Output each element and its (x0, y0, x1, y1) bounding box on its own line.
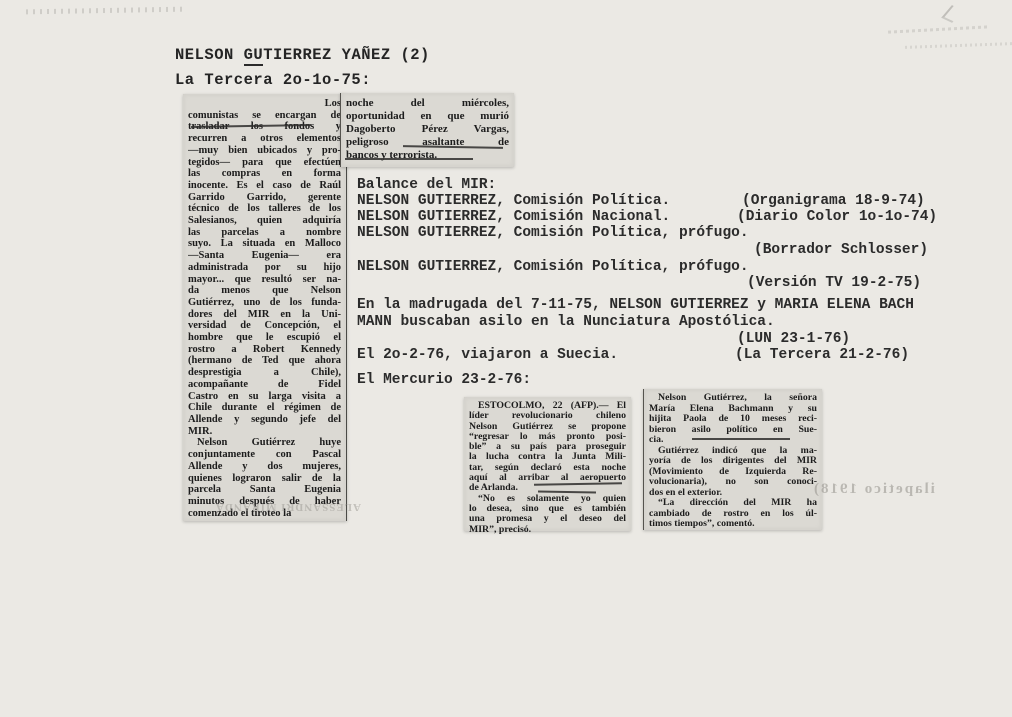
clipping-line: María Elena Bachmann y su (649, 404, 817, 415)
newspaper-clipping-asylum: Nelson Gutiérrez, la señoraMaría Elena B… (643, 389, 822, 530)
clipping-line: Dagoberto Pérez Vargas, (346, 123, 509, 136)
title-part: TIERREZ YAÑEZ (2) (263, 46, 430, 64)
underline-annotation (345, 158, 473, 160)
title-part: NELSON (175, 46, 244, 64)
clipping-line: “La dirección del MIR ha (649, 498, 817, 509)
clipping-line: líder revolucionario chileno (469, 411, 626, 421)
handwritten-mark (941, 5, 963, 23)
newspaper-clipping-top: noche del miércoles,oportunidad en que m… (340, 93, 514, 167)
clipping-line: suyo. La situada en Malloco (188, 238, 341, 250)
document-title: NELSON GUTIERREZ YAÑEZ (2) (175, 46, 430, 64)
clipping-line: tegidos— para que efectúen (188, 157, 341, 169)
clipping-line: —Santa Eugenia— era (188, 250, 341, 262)
source-heading: El Mercurio 23-2-76: (357, 372, 531, 388)
clipping-line: Castro en su larga visita a (188, 391, 341, 403)
note-line: El 2o-2-76, viajaron a Suecia. (357, 347, 618, 363)
clipping-line: Los (188, 98, 341, 110)
scan-noise (905, 42, 1012, 49)
clipping-line: versidad de Concepción, el (188, 320, 341, 332)
clipping-line: “regresar lo más pronto posi- (469, 432, 626, 442)
clipping-line: las parcelas a nombre (188, 227, 341, 239)
clipping-line: Chile durante el régimen de (188, 402, 341, 414)
clipping-line: las compras en forma (188, 168, 341, 180)
clipping-line: administrada por su hijo (188, 262, 341, 274)
clipping-line: mayor... que resultó ser na- (188, 274, 341, 286)
bleedthrough-text: ALESSANDRI MIRANDA (186, 501, 361, 513)
clipping-text: Nelson Gutiérrez, la señoraMaría Elena B… (649, 393, 817, 530)
clipping-line: “No es solamente yo quien (469, 494, 626, 504)
clipping-line: una promesa y el deseo del (469, 514, 626, 524)
clipping-line: dores del MIR en la Uni- (188, 309, 341, 321)
clipping-line: lo desea, sino que es también (469, 504, 626, 514)
clipping-line: rostro a Robert Kennedy (188, 344, 341, 356)
clipping-line: parcela Santa Eugenia (188, 484, 341, 496)
clipping-line: cambiado de rostro en los úl- (649, 509, 817, 520)
clipping-line: acompañante de Fidel (188, 379, 341, 391)
source-citation: (Diario Color 1o-1o-74) (737, 209, 937, 225)
clipping-line: MIR. (188, 426, 341, 438)
clipping-line: Nelson Gutiérrez, la señora (649, 393, 817, 404)
balance-entry: NELSON GUTIERREZ, Comisión Nacional. (357, 209, 670, 225)
clipping-line: da menos que Nelson (188, 285, 341, 297)
clipping-line: tar, según declaró esta noche (469, 463, 626, 473)
clipping-line: hijita Paola de 10 meses reci- (649, 414, 817, 425)
clipping-line: (hermano de Ted que ahora (188, 355, 341, 367)
clipping-line: Gutiérrez, uno de los funda- (188, 297, 341, 309)
clipping-line: conjuntamente con Pascal (188, 449, 341, 461)
balance-heading: Balance del MIR: (357, 177, 496, 193)
clipping-line: recurren a otros elementos (188, 133, 341, 145)
source-citation: (Borrador Schlosser) (754, 242, 928, 258)
clipping-line: hombre que le escupió el (188, 332, 341, 344)
clipping-line: comunistas se encargan de (188, 110, 341, 122)
source-citation: (Versión TV 19-2-75) (747, 275, 921, 291)
newspaper-clipping-stockholm: ESTOCOLMO, 22 (AFP).— Ellíder revolucion… (464, 397, 631, 531)
clipping-line: técnico de los talleres de los (188, 203, 341, 215)
balance-entry: NELSON GUTIERREZ, Comisión Política, pró… (357, 225, 749, 241)
clipping-line: Allende y dos mujeres, (188, 461, 341, 473)
balance-entry: NELSON GUTIERREZ, Comisión Política. (357, 193, 670, 209)
title-underlined-part: GU (244, 46, 264, 66)
clipping-line: (Movimiento de Izquierda Re- (649, 467, 817, 478)
clipping-line: MIR”, precisó. (469, 525, 626, 535)
clipping-text: ESTOCOLMO, 22 (AFP).— Ellíder revolucion… (469, 401, 626, 535)
newspaper-clipping-left: Loscomunistas se encargan detrasladar lo… (183, 94, 347, 521)
clipping-line: la lucha contra la Junta Mili- (469, 452, 626, 462)
scan-noise (888, 25, 988, 33)
balance-entry: NELSON GUTIERREZ, Comisión Política, pró… (357, 259, 749, 275)
scan-noise (26, 7, 186, 15)
source-heading: La Tercera 2o-1o-75: (175, 71, 371, 89)
scanned-document-page: NELSON GUTIERREZ YAÑEZ (2) La Tercera 2o… (0, 0, 1012, 717)
clipping-text: noche del miércoles,oportunidad en que m… (346, 97, 509, 162)
note-line: En la madrugada del 7-11-75, NELSON GUTI… (357, 297, 914, 313)
clipping-line: ble” a su país para proseguir (469, 442, 626, 452)
clipping-line: volucionaria), no son conoci- (649, 477, 817, 488)
clipping-line: timos tiempos”, comentó. (649, 519, 817, 530)
underline-annotation (692, 438, 790, 440)
clipping-line: bieron asilo político en Sue- (649, 425, 817, 436)
clipping-line: Garrido Garrido, gerente (188, 192, 341, 204)
source-citation: (Organigrama 18-9-74) (742, 193, 925, 209)
clipping-line: desprestigia a Chile), (188, 367, 341, 379)
clipping-line: inocente. Es el caso de Raúl (188, 180, 341, 192)
clipping-line: —muy bien ubicados y pro- (188, 145, 341, 157)
source-citation: (La Tercera 21-2-76) (735, 347, 909, 363)
clipping-line: Nelson Gutiérrez se propone (469, 422, 626, 432)
clipping-line: oportunidad en que murió (346, 110, 509, 123)
note-line: MANN buscaban asilo en la Nunciatura Apo… (357, 314, 775, 330)
clipping-line: quienes lograron salir de la (188, 473, 341, 485)
clipping-line: Nelson Gutiérrez huye (188, 437, 341, 449)
clipping-line: yoría de los dirigentes del MIR (649, 456, 817, 467)
clipping-line: dos en el exterior. (649, 488, 817, 499)
source-citation: (LUN 23-1-76) (737, 331, 850, 347)
clipping-line: noche del miércoles, (346, 97, 509, 110)
bleedthrough-text: ilapetico 1918) (812, 481, 935, 498)
clipping-line: Allende y segundo jefe del (188, 414, 341, 426)
clipping-line: Gutiérrez indicó que la ma- (649, 446, 817, 457)
clipping-text: Loscomunistas se encargan detrasladar lo… (188, 98, 341, 519)
clipping-line: Salesianos, quien adquiría (188, 215, 341, 227)
clipping-line: ESTOCOLMO, 22 (AFP).— El (469, 401, 626, 411)
